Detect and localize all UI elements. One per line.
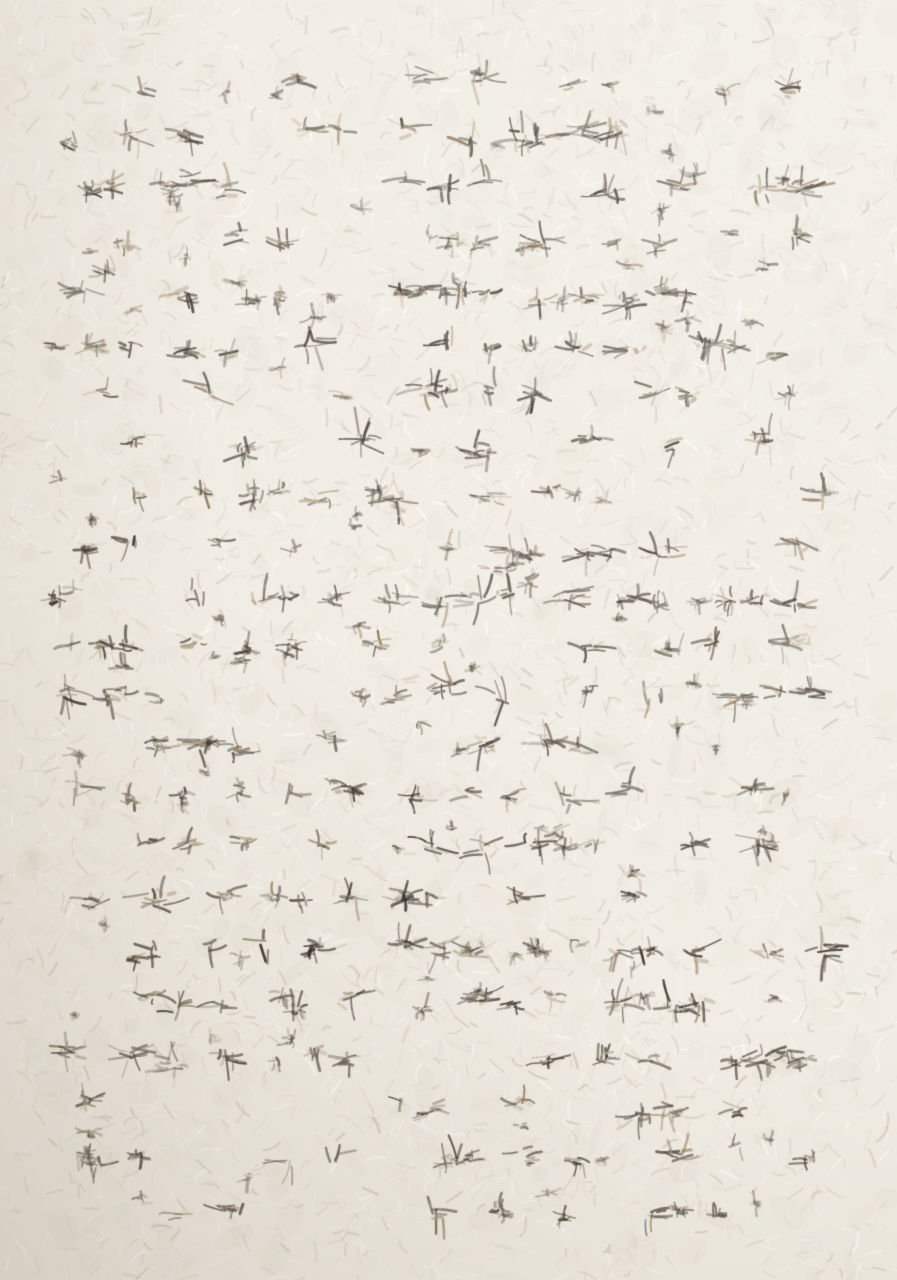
rug-photo <box>0 0 897 1280</box>
shag-rug-texture-canvas <box>0 0 897 1280</box>
